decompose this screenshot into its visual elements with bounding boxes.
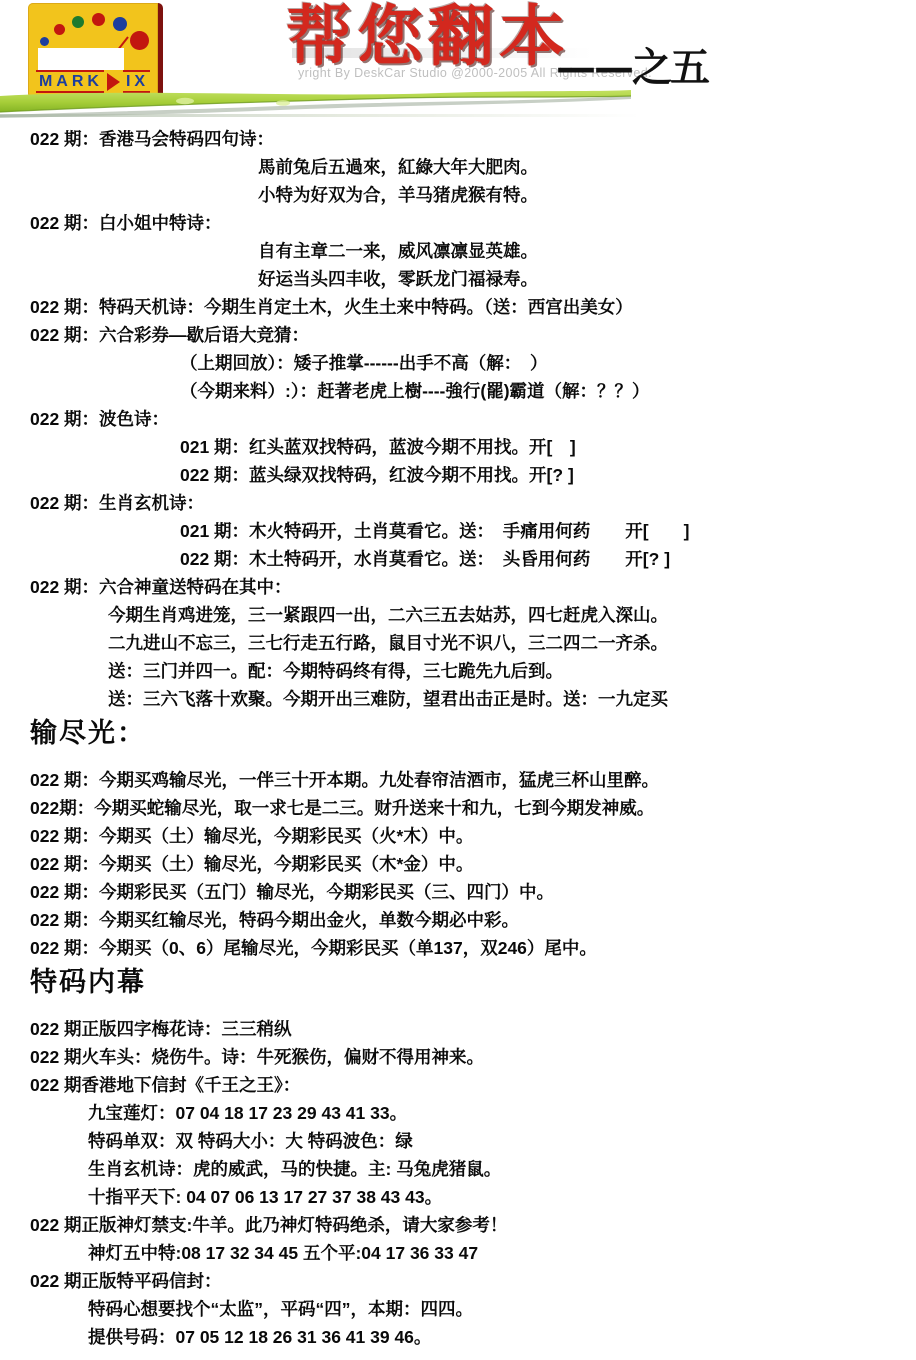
header: MARK IX yright By DeskCar Studio @2000-2… [0, 0, 916, 118]
text-line: 十指平天下: 04 07 06 13 17 27 37 38 43 43。 [0, 1183, 916, 1211]
text-line: 特码单双：双 特码大小：大 特码波色：绿 [0, 1127, 916, 1155]
text-line: 九宝莲灯：07 04 18 17 23 29 43 41 33。 [0, 1099, 916, 1127]
text-line: 022 期：今期买鸡输尽光，一伴三十开本期。九处春帘洁酒市，猛虎三杯山里醉。 [0, 766, 916, 794]
text-line: 022 期：特码天机诗：今期生肖定土木，火生土来中特码。（送：西宫出美女） [0, 293, 916, 321]
content: 022 期：香港马会特码四句诗：馬前兔后五過來，紅綠大年大肥肉。小特为好双为合，… [0, 118, 916, 1351]
text-line: 022 期：波色诗： [0, 405, 916, 433]
text-line: （今期来料）:）：赶著老虎上樹----強行(罷)霸道（解：？？） [0, 377, 916, 405]
text-line: 自有主章二一来，威风凛凛显英雄。 [0, 237, 916, 265]
text-line: 022 期正版四字梅花诗：三三稍纵 [0, 1015, 916, 1043]
text-line: 022 期火车头：烧伤牛。诗：牛死猴伤，偏财不得用神来。 [0, 1043, 916, 1071]
text-line: 小特为好双为合，羊马猪虎猴有特。 [0, 181, 916, 209]
logo-dot [40, 37, 49, 46]
mark-six-logo: MARK IX [28, 3, 163, 98]
text-line: 022 期：今期彩民买（五门）输尽光，今期彩民买（三、四门）中。 [0, 878, 916, 906]
logo-dot [130, 31, 149, 50]
text-line: 馬前兔后五過來，紅綠大年大肥肉。 [0, 153, 916, 181]
text-line: 022 期：六合彩券—歇后语大竞猜： [0, 321, 916, 349]
logo-white-patch [38, 48, 124, 70]
logo-dot [54, 24, 65, 35]
text-line: 022 期：白小姐中特诗： [0, 209, 916, 237]
text-line: 神灯五中特:08 17 32 34 45 五个平:04 17 36 33 47 [0, 1239, 916, 1267]
text-line: 今期生肖鸡进笼，三一紧跟四一出，二六三五去姑苏，四七赶虎入深山。 [0, 601, 916, 629]
text-line: 022 期：六合神童送特码在其中： [0, 573, 916, 601]
text-line: 送：三六飞落十欢聚。今期开出三难防，望君出击正是时。送：一九定买 [0, 685, 916, 713]
logo-dot [92, 13, 105, 26]
title-suffix: ——之五 [556, 36, 708, 93]
text-line: 好运当头四丰收，零跃龙门福禄寿。 [0, 265, 916, 293]
section-heading: 特码内幕 [0, 962, 916, 1002]
text-line: 生肖玄机诗：虎的威武，马的快捷。主: 马兔虎猪鼠。 [0, 1155, 916, 1183]
text-line: 022 期正版特平码信封： [0, 1267, 916, 1295]
logo-dot [113, 17, 127, 31]
text-line: 022 期：木土特码开，水肖莫看它。送： 头昏用何药 开[? ] [0, 545, 916, 573]
text-line: 021 期：木火特码开，土肖莫看它。送： 手痛用何药 开[ ] [0, 517, 916, 545]
text-line: 022 期香港地下信封《千王之王》： [0, 1071, 916, 1099]
text-line: 022 期：蓝头绿双找特码，红波今期不用找。开[? ] [0, 461, 916, 489]
text-line: 021 期：红头蓝双找特码，蓝波今期不用找。开[ ] [0, 433, 916, 461]
band-shadow [0, 114, 640, 117]
text-line: 特码心想要找个“太监”，平码“四”，本期：四四。 [0, 1295, 916, 1323]
text-line: （上期回放）：矮子推掌------出手不高（解： ） [0, 349, 916, 377]
page-title: 帮您翻本 [286, 0, 570, 76]
text-line: 022期：今期买蛇输尽光，取一求七是二三。财升送来十和九，七到今期发神威。 [0, 794, 916, 822]
text-line: 送：三门并四一。配：今期特码终有得，三七跪先九后到。 [0, 657, 916, 685]
text-line: 022 期：今期买（0、6）尾输尽光，今期彩民买（单137，双246）尾中。 [0, 934, 916, 962]
text-line: 022 期：生肖玄机诗： [0, 489, 916, 517]
page: MARK IX yright By DeskCar Studio @2000-2… [0, 0, 916, 1360]
text-line: 022 期：香港马会特码四句诗： [0, 125, 916, 153]
text-line: 二九进山不忘三，三七行走五行路，鼠目寸光不识八，三二四二一齐杀。 [0, 629, 916, 657]
text-line: 022 期正版神灯禁支:牛羊。此乃神灯特码绝杀，请大家参考！ [0, 1211, 916, 1239]
section-heading: 输尽光： [0, 713, 916, 753]
text-line: 022 期：今期买（土）输尽光，今期彩民买（火*木）中。 [0, 822, 916, 850]
text-line: 022 期：今期买红输尽光，特码今期出金火，单数今期必中彩。 [0, 906, 916, 934]
text-line: 提供号码：07 05 12 18 26 31 36 41 39 46。 [0, 1323, 916, 1351]
text-line: 022 期：今期买（土）输尽光，今期彩民买（木*金）中。 [0, 850, 916, 878]
logo-dot [72, 16, 84, 28]
